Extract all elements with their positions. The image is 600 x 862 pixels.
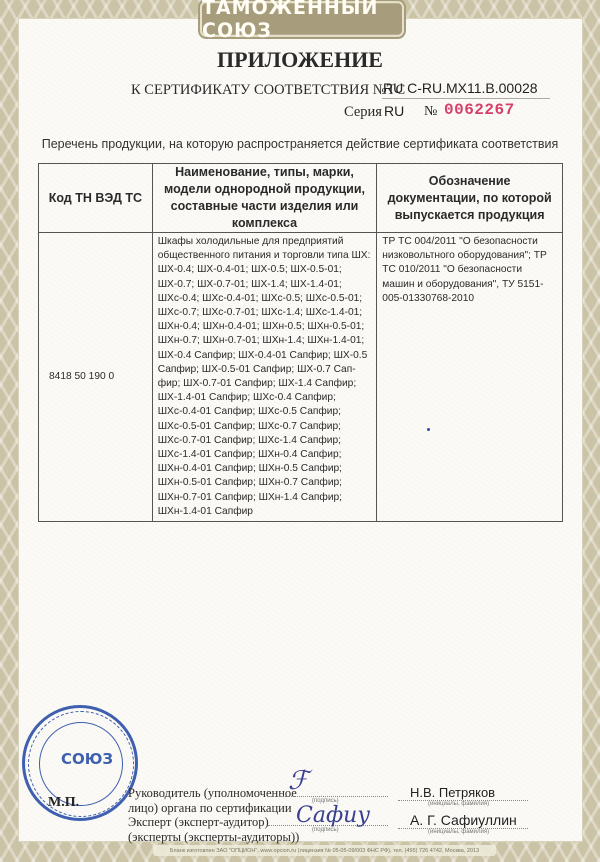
customs-union-banner: ТАМОЖЕННЫЙ СОЮЗ <box>200 1 404 37</box>
seal-logo: СОЮЗ <box>61 750 113 768</box>
expert-signature: Сафиу <box>296 803 370 828</box>
certificate-number: RU C-RU.MX11.B.00028 <box>383 80 538 96</box>
expert-title-line-1: Эксперт (эксперт-аудитор) <box>128 815 299 830</box>
column-header-documentation: Обозначение документации, по которой вып… <box>377 164 563 233</box>
documentation-cell: ТР ТС 004/2011 "О безопасности низковоль… <box>377 233 563 522</box>
products-cell: Шкафы холодильные для предприятий общест… <box>152 233 377 522</box>
product-table: Код ТН ВЭД ТС Наименование, типы, марки,… <box>38 163 563 522</box>
series-label: Серия <box>344 104 382 121</box>
column-header-code: Код ТН ВЭД ТС <box>39 164 153 233</box>
ink-dot <box>427 428 430 431</box>
official-seal: СОЮЗ <box>22 705 138 821</box>
printer-imprint: Бланк изготовлен ЗАО "ОПЦИОН", www.opcio… <box>153 845 496 856</box>
series-value: RU <box>384 103 404 119</box>
table-row: 8418 50 190 0 Шкафы холодильные для пред… <box>39 233 563 522</box>
expert-title-label: Эксперт (эксперт-аудитор) (эксперты (экс… <box>128 815 299 845</box>
head-title-line-2: лицо) органа по сертификации <box>128 801 297 816</box>
products-list: Шкафы холодильные для предприятий общест… <box>158 235 372 349</box>
expert-title-line-2: (эксперты (эксперты-аудиторы)) <box>128 830 299 845</box>
expert-name-hint: (инициалы, фамилия) <box>428 829 489 835</box>
head-title-line-1: Руководитель (уполномоченное <box>128 786 297 801</box>
head-signature-line <box>268 796 388 797</box>
head-title-label: Руководитель (уполномоченное лицо) орган… <box>128 786 297 816</box>
certificate-label-text: К СЕРТИФИКАТУ СООТВЕТСТВИЯ <box>131 82 369 98</box>
product-list-caption: Перечень продукции, на которую распростр… <box>0 137 600 151</box>
stamp-place-label: М.П. <box>48 795 79 811</box>
form-number: 0062267 <box>444 101 515 119</box>
certificate-number-underline <box>382 98 550 99</box>
head-name-hint: (инициалы, фамилия) <box>428 801 489 807</box>
hs-code-cell: 8418 50 190 0 <box>39 233 153 522</box>
form-number-label: № <box>424 104 437 120</box>
certificate-label: К СЕРТИФИКАТУ СООТВЕТСТВИЯ №ТС <box>131 82 405 99</box>
head-name: Н.В. Петряков <box>410 785 495 800</box>
document-title: ПРИЛОЖЕНИЕ <box>0 47 600 73</box>
table-header-row: Код ТН ВЭД ТС Наименование, типы, марки,… <box>39 164 563 233</box>
products-sapfir-list: ШХ-0.4 Сапфир; ШХ-0.4-01 Сапфир; ШХ-0.5 … <box>158 349 372 519</box>
expert-name: А. Г. Сафиуллин <box>410 812 517 828</box>
head-signature: ℱ <box>288 766 308 796</box>
column-header-products: Наименование, типы, марки, модели одноро… <box>152 164 377 233</box>
